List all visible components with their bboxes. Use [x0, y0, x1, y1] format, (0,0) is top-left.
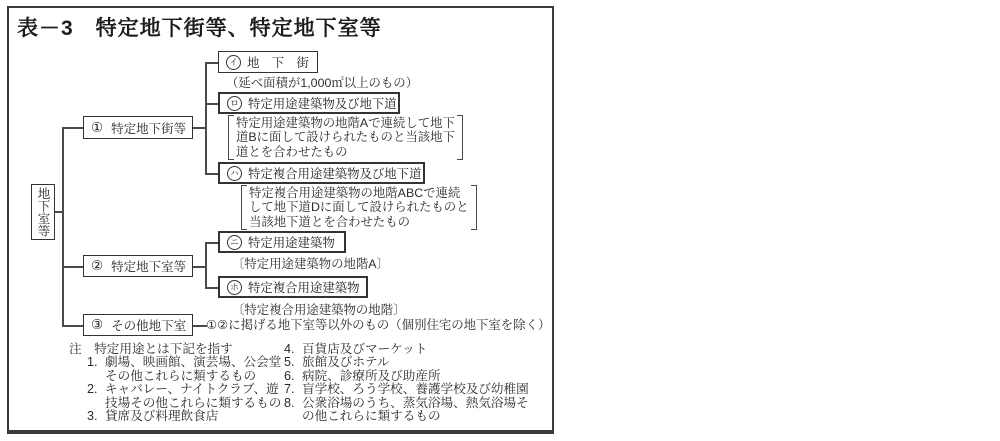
footnote-item-4: 4. 百貨店及びマーケット	[284, 343, 546, 356]
circled-1-marker: ①	[91, 121, 103, 135]
stub-leaf-ho	[205, 287, 219, 289]
footnote-item-number: 4.	[284, 343, 302, 356]
connector-branch1-right	[192, 127, 206, 129]
footnote-item-text: 盲学校、ろう学校、養護学校及び幼稚園	[302, 383, 529, 396]
leaf-ni-note: 〔特定用途建築物の地階A〕	[232, 257, 389, 272]
footnote-item-2: 2. キャバレー、ナイトクラブ、遊 技場その他これらに類するもの	[87, 383, 287, 410]
footnote-item-text: 劇場、映画館、演芸場、公会堂 その他これらに類するもの	[105, 356, 281, 383]
leaf-chikagai-note: （延べ面積が1,000㎡以上のもの）	[226, 76, 418, 91]
footnote-item-number: 5.	[284, 356, 302, 369]
footnote-item-5: 5. 旅館及びホテル	[284, 356, 546, 369]
circled-i-marker: イ	[226, 55, 241, 70]
connector-branch2-right	[192, 266, 206, 268]
footnote-item-text: 公衆浴場のうち、蒸気浴場、熱気浴場そ の他これらに類するもの	[302, 397, 529, 424]
leaf-label: 特定複合用途建築物及び地下道	[248, 164, 421, 182]
leaf-tokutei-fukugo-yoto-kenchikubutsu: ホ 特定複合用途建築物	[218, 276, 368, 298]
leaf-ha-bracket-note: 特定複合用途建築物の地階ABCで連続 して地下道Dに面して設けられたものと 当該…	[241, 185, 477, 230]
trunk-vertical-line	[62, 127, 64, 326]
node-label: 特定地下室等	[111, 257, 186, 275]
root-node-chikashitsu-tou: 地下室等	[31, 184, 55, 240]
leaf-ro-bracket-note: 特定用途建築物の地階Aで連続して地下 道Bに面して設けられたものと当該地下 道と…	[228, 115, 463, 160]
circled-ni-marker: ニ	[227, 235, 242, 250]
footnote-item-8: 8. 公衆浴場のうち、蒸気浴場、熱気浴場そ の他これらに類するもの	[284, 397, 546, 424]
footnote-right-column: 4. 百貨店及びマーケット 5. 旅館及びホテル 6. 病院、診療所及び助産所 …	[284, 343, 546, 423]
leaf-label: 特定用途建築物	[248, 233, 335, 251]
circled-3-marker: ③	[91, 318, 103, 332]
connector-branch1-left	[62, 127, 83, 129]
table-title: 表－3 特定地下街等、特定地下室等	[17, 12, 382, 42]
leaf-label: 特定複合用途建築物	[248, 278, 360, 296]
circled-ha-marker: ハ	[227, 166, 242, 181]
leaf-label: 特定用途建築物及び地下道	[248, 94, 397, 112]
leaf-tokutei-yoto-kenchikubutsu: ニ 特定用途建築物	[218, 231, 346, 253]
node-tokutei-chikashitsu-tou: ② 特定地下室等	[83, 255, 193, 277]
stub-leaf-ha	[205, 173, 219, 175]
stub-leaf-ro	[205, 103, 219, 105]
circled-ho-marker: ホ	[227, 280, 242, 295]
leaf-tokutei-yoto-kenchikubutsu-chikado: ロ 特定用途建築物及び地下道	[218, 92, 400, 114]
footnote-left-column: 注 特定用途とは下記を指す 1. 劇場、映画館、演芸場、公会堂 その他これらに類…	[69, 343, 287, 423]
footnote-item-1: 1. 劇場、映画館、演芸場、公会堂 その他これらに類するもの	[87, 356, 287, 383]
footnote-item-3: 3. 貸席及び料理飲食店	[87, 410, 287, 423]
footnote-item-text: 貸席及び料理飲食店	[105, 410, 218, 423]
footnote-item-text: 旅館及びホテル	[302, 356, 390, 369]
leaf-tokutei-fukugo-yoto-kenchikubutsu-chikado: ハ 特定複合用途建築物及び地下道	[218, 162, 425, 184]
footnote-item-7: 7. 盲学校、ろう学校、養護学校及び幼稚園	[284, 383, 546, 396]
footnote-item-number: 7.	[284, 383, 302, 396]
footnote-item-text: キャバレー、ナイトクラブ、遊 技場その他これらに類するもの	[105, 383, 281, 410]
page: 表－3 特定地下街等、特定地下室等 地下室等 ① 特定地下街等 ② 特定地下室等…	[0, 0, 1000, 441]
connector-branch3-right	[192, 325, 207, 327]
circled-2-marker: ②	[91, 259, 103, 273]
node-sonota-chikashitsu: ③ その他地下室	[83, 314, 193, 336]
connector-branch2-left	[62, 266, 83, 268]
connector-branch3-left	[62, 325, 83, 327]
node-label: 特定地下街等	[111, 119, 186, 137]
circled-ro-marker: ロ	[227, 96, 242, 111]
node-label: その他地下室	[111, 316, 186, 334]
branch3-inline-note: ①②に掲げる地下室等以外のもの（個別住宅の地下室を除く）	[206, 318, 550, 333]
leaf-ho-note: 〔特定複合用途建築物の地階〕	[232, 303, 405, 318]
footnote-item-number: 8.	[284, 397, 302, 424]
stub-leaf-i	[205, 62, 219, 64]
node-tokutei-chikagai-tou: ① 特定地下街等	[83, 116, 193, 139]
footnote-item-number: 6.	[284, 370, 302, 383]
footnote-item-number: 1.	[87, 356, 105, 383]
branch1-vertical-line	[205, 62, 207, 174]
leaf-label: 地 下 街	[247, 53, 309, 71]
footnote-item-number: 2.	[87, 383, 105, 410]
branch2-vertical-line	[205, 242, 207, 288]
footnote-item-text: 百貨店及びマーケット	[302, 343, 427, 356]
stub-leaf-ni	[205, 242, 219, 244]
footnote-item-number: 3.	[87, 410, 105, 423]
leaf-chikagai: イ 地 下 街	[218, 51, 318, 73]
